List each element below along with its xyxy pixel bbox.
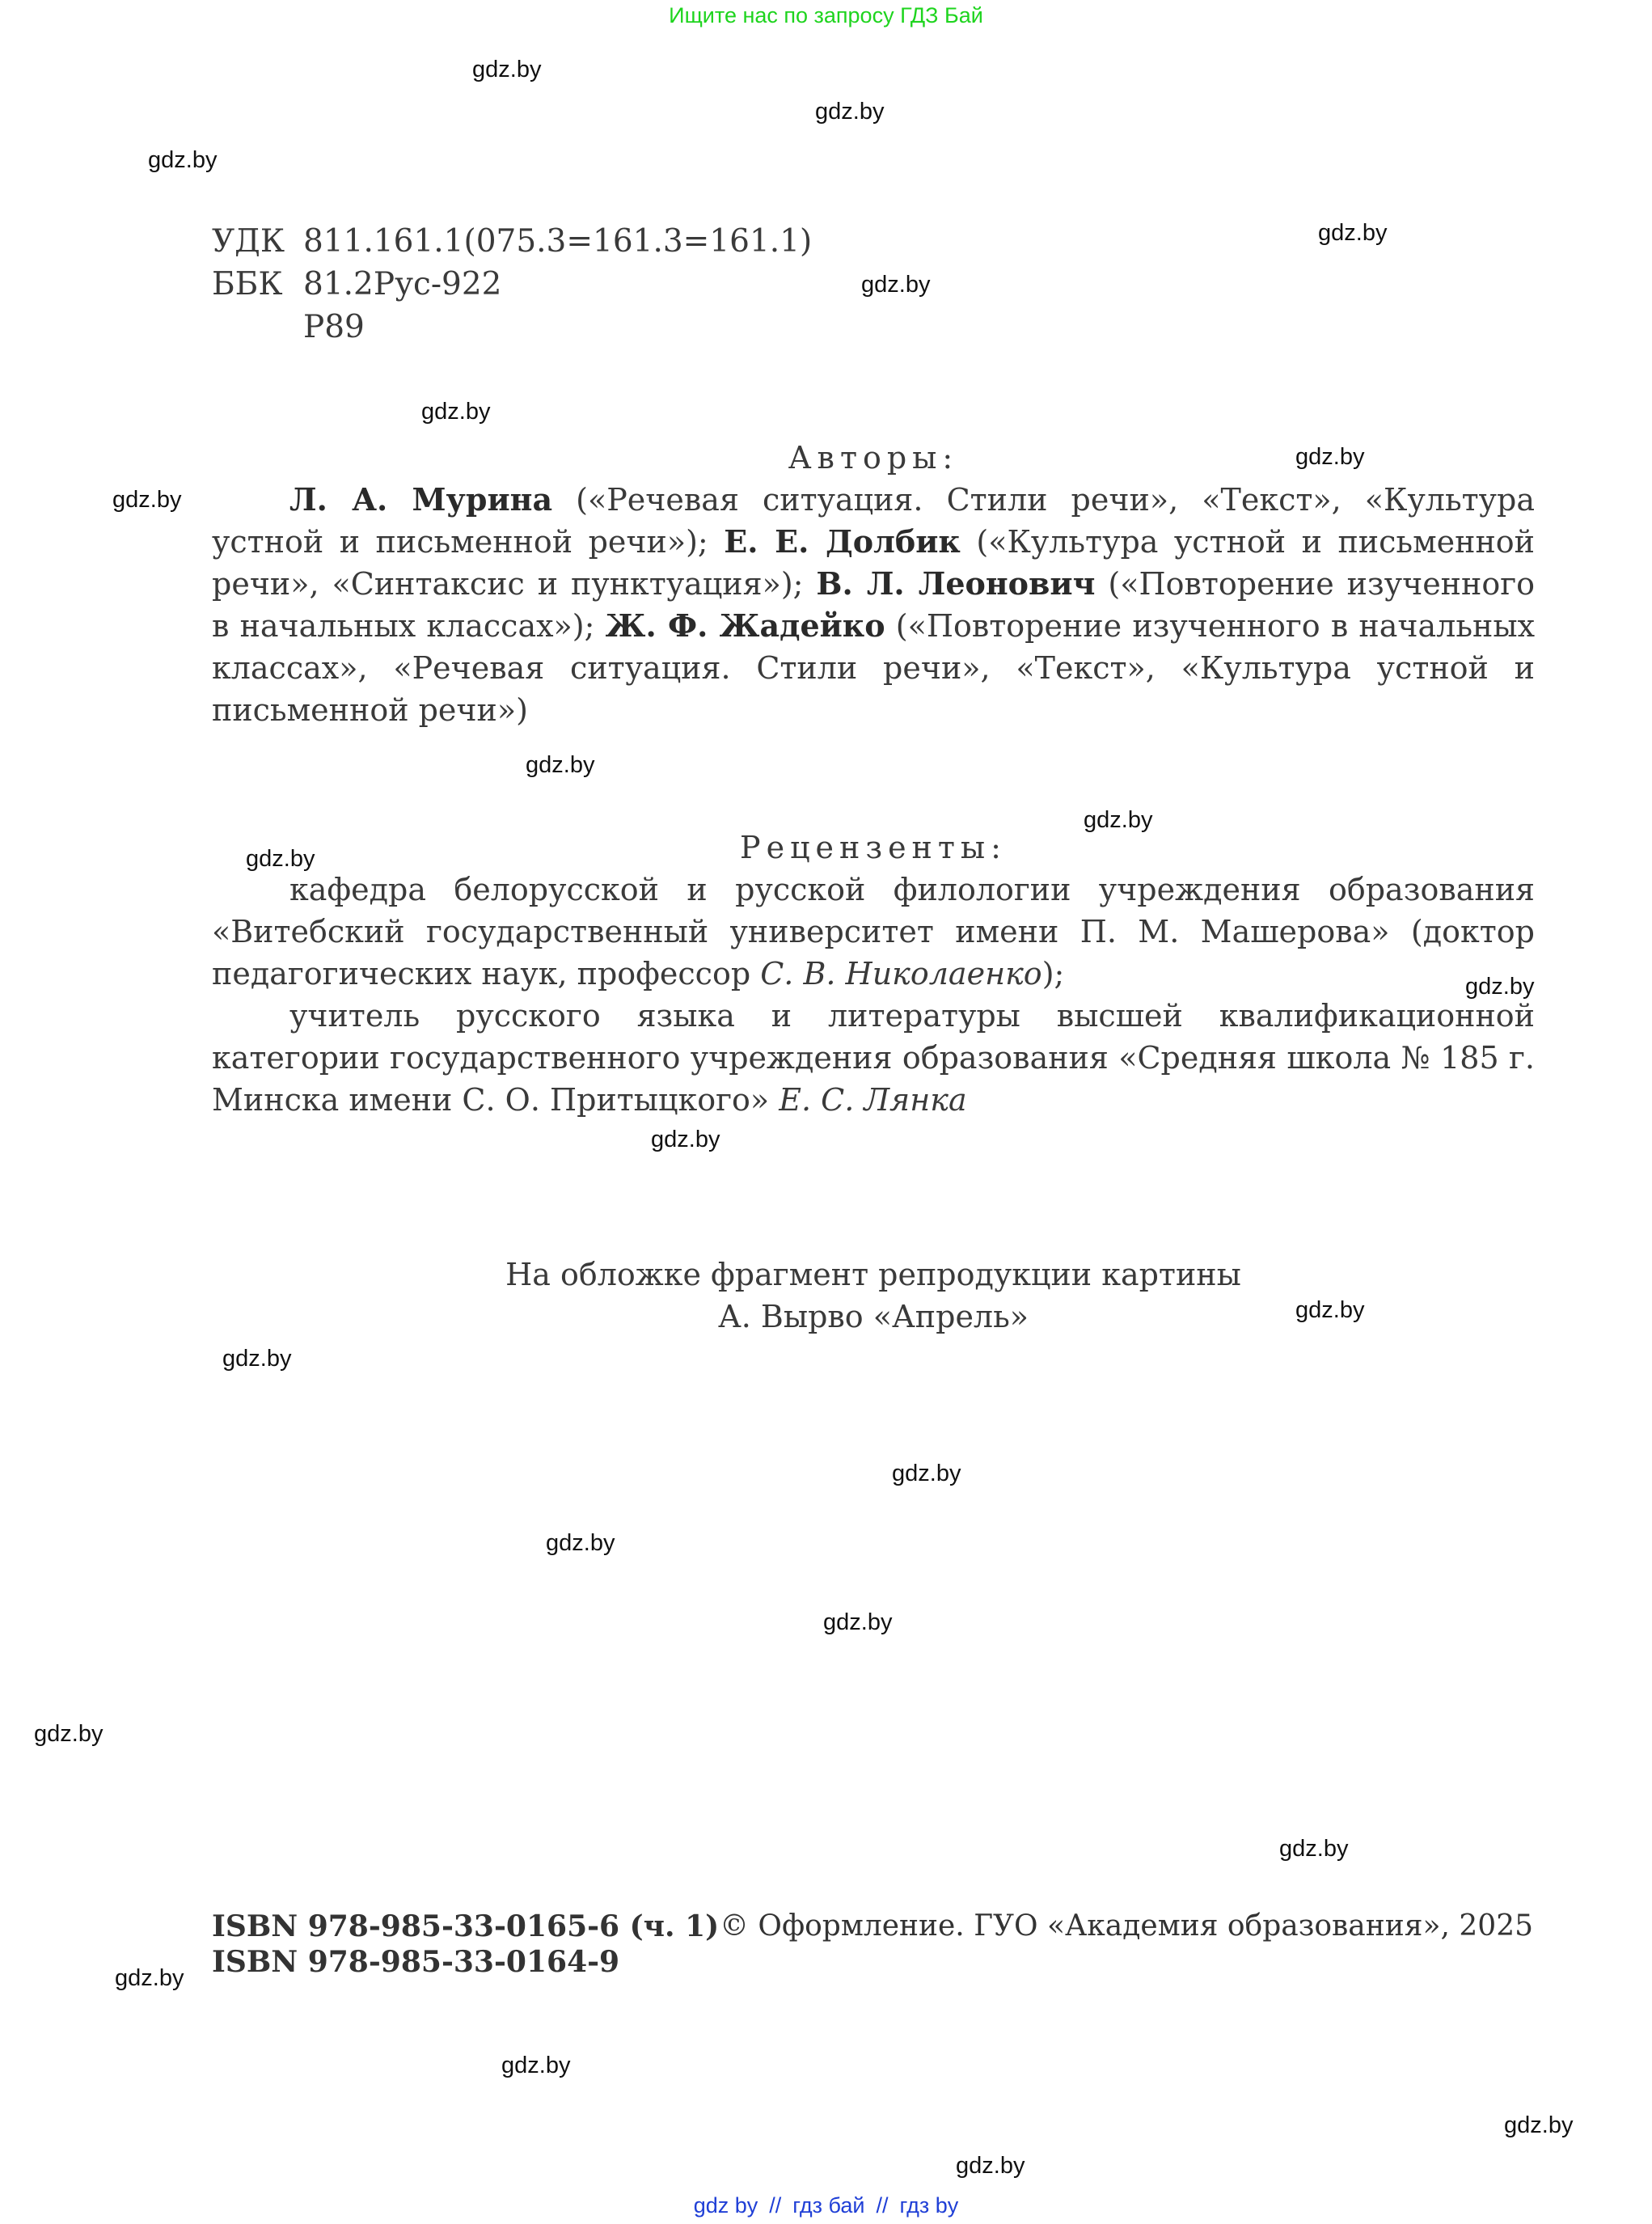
code-key: УДК <box>212 220 303 263</box>
code-value: Р89 <box>303 306 365 349</box>
separator: // <box>769 2193 781 2218</box>
watermark: gdz.by <box>1504 2112 1573 2139</box>
reviewers-heading: Рецензенты: <box>212 827 1535 869</box>
authors-section: Авторы: Л. А. Мурина («Речевая ситуация.… <box>212 437 1535 731</box>
cover-note: На обложке фрагмент репродукции картины … <box>212 1254 1535 1338</box>
cover-note-line: А. Вырво «Апрель» <box>212 1296 1535 1338</box>
reviewer-person: Е. С. Лянка <box>779 1082 966 1118</box>
watermark: gdz.by <box>526 752 594 779</box>
author-name: Ж. Ф. Жадейко <box>606 607 885 644</box>
code-key: ББК <box>212 263 303 306</box>
code-key <box>212 306 303 349</box>
isbn-line: ISBN 978-985-33-0165-6 (ч. 1) <box>212 1909 719 1944</box>
watermark: gdz.by <box>823 1609 892 1636</box>
watermark: gdz.by <box>115 1965 184 1992</box>
watermark: gdz.by <box>546 1530 615 1557</box>
reviewer-entry: учитель русского языка и литературы высш… <box>212 995 1535 1121</box>
authors-text: Л. А. Мурина («Речевая ситуация. Стили р… <box>212 479 1535 731</box>
author-name: Е. Е. Долбик <box>724 523 961 560</box>
reviewer-entry: кафедра белорусской и русской филологии … <box>212 869 1535 995</box>
code-value: 811.161.1(075.3=161.3=161.1) <box>303 220 812 263</box>
watermark: gdz.by <box>1318 220 1387 247</box>
reviewer-person: С. В. Николаенко <box>760 956 1041 991</box>
authors-heading: Авторы: <box>212 437 1535 479</box>
watermark: gdz.by <box>148 147 217 174</box>
author-name: Л. А. Мурина <box>289 481 552 518</box>
bottom-link[interactable]: гдз by <box>900 2193 959 2218</box>
watermark: gdz.by <box>421 399 490 425</box>
isbn-line: ISBN 978-985-33-0164-9 <box>212 1944 719 1980</box>
watermark: gdz.by <box>34 1721 103 1748</box>
watermark: gdz.by <box>1279 1836 1348 1862</box>
watermark: gdz.by <box>956 2153 1025 2180</box>
bottom-link[interactable]: гдз бай <box>792 2193 864 2218</box>
author-name: В. Л. Леонович <box>816 565 1095 602</box>
top-banner[interactable]: Ищите нас по запросу ГДЗ Бай <box>0 3 1652 28</box>
reviewer-tail: ); <box>1042 956 1065 991</box>
bottom-link[interactable]: gdz by <box>694 2193 758 2218</box>
code-value: 81.2Рус-922 <box>303 263 501 306</box>
watermark: gdz.by <box>112 487 181 514</box>
reviewers-section: Рецензенты: кафедра белорусской и русско… <box>212 827 1535 1121</box>
watermark: gdz.by <box>861 272 930 298</box>
watermark: gdz.by <box>815 99 884 125</box>
copyright: © Оформление. ГУО «Академия образования»… <box>720 1909 1533 1944</box>
library-codes: УДК 811.161.1(075.3=161.3=161.1) ББК 81.… <box>212 220 812 349</box>
watermark: gdz.by <box>651 1127 720 1153</box>
udk-row: УДК 811.161.1(075.3=161.3=161.1) <box>212 220 812 263</box>
bbk-row: ББК 81.2Рус-922 <box>212 263 812 306</box>
isbn-block: ISBN 978-985-33-0165-6 (ч. 1) ISBN 978-9… <box>212 1909 719 1980</box>
watermark: gdz.by <box>472 57 541 83</box>
watermark: gdz.by <box>892 1461 961 1487</box>
author-mark-row: Р89 <box>212 306 812 349</box>
separator: // <box>876 2193 888 2218</box>
watermark: gdz.by <box>222 1346 291 1372</box>
cover-note-line: На обложке фрагмент репродукции картины <box>212 1254 1535 1296</box>
watermark: gdz.by <box>501 2053 570 2079</box>
bottom-banner: gdz by//гдз бай//гдз by <box>0 2193 1652 2218</box>
